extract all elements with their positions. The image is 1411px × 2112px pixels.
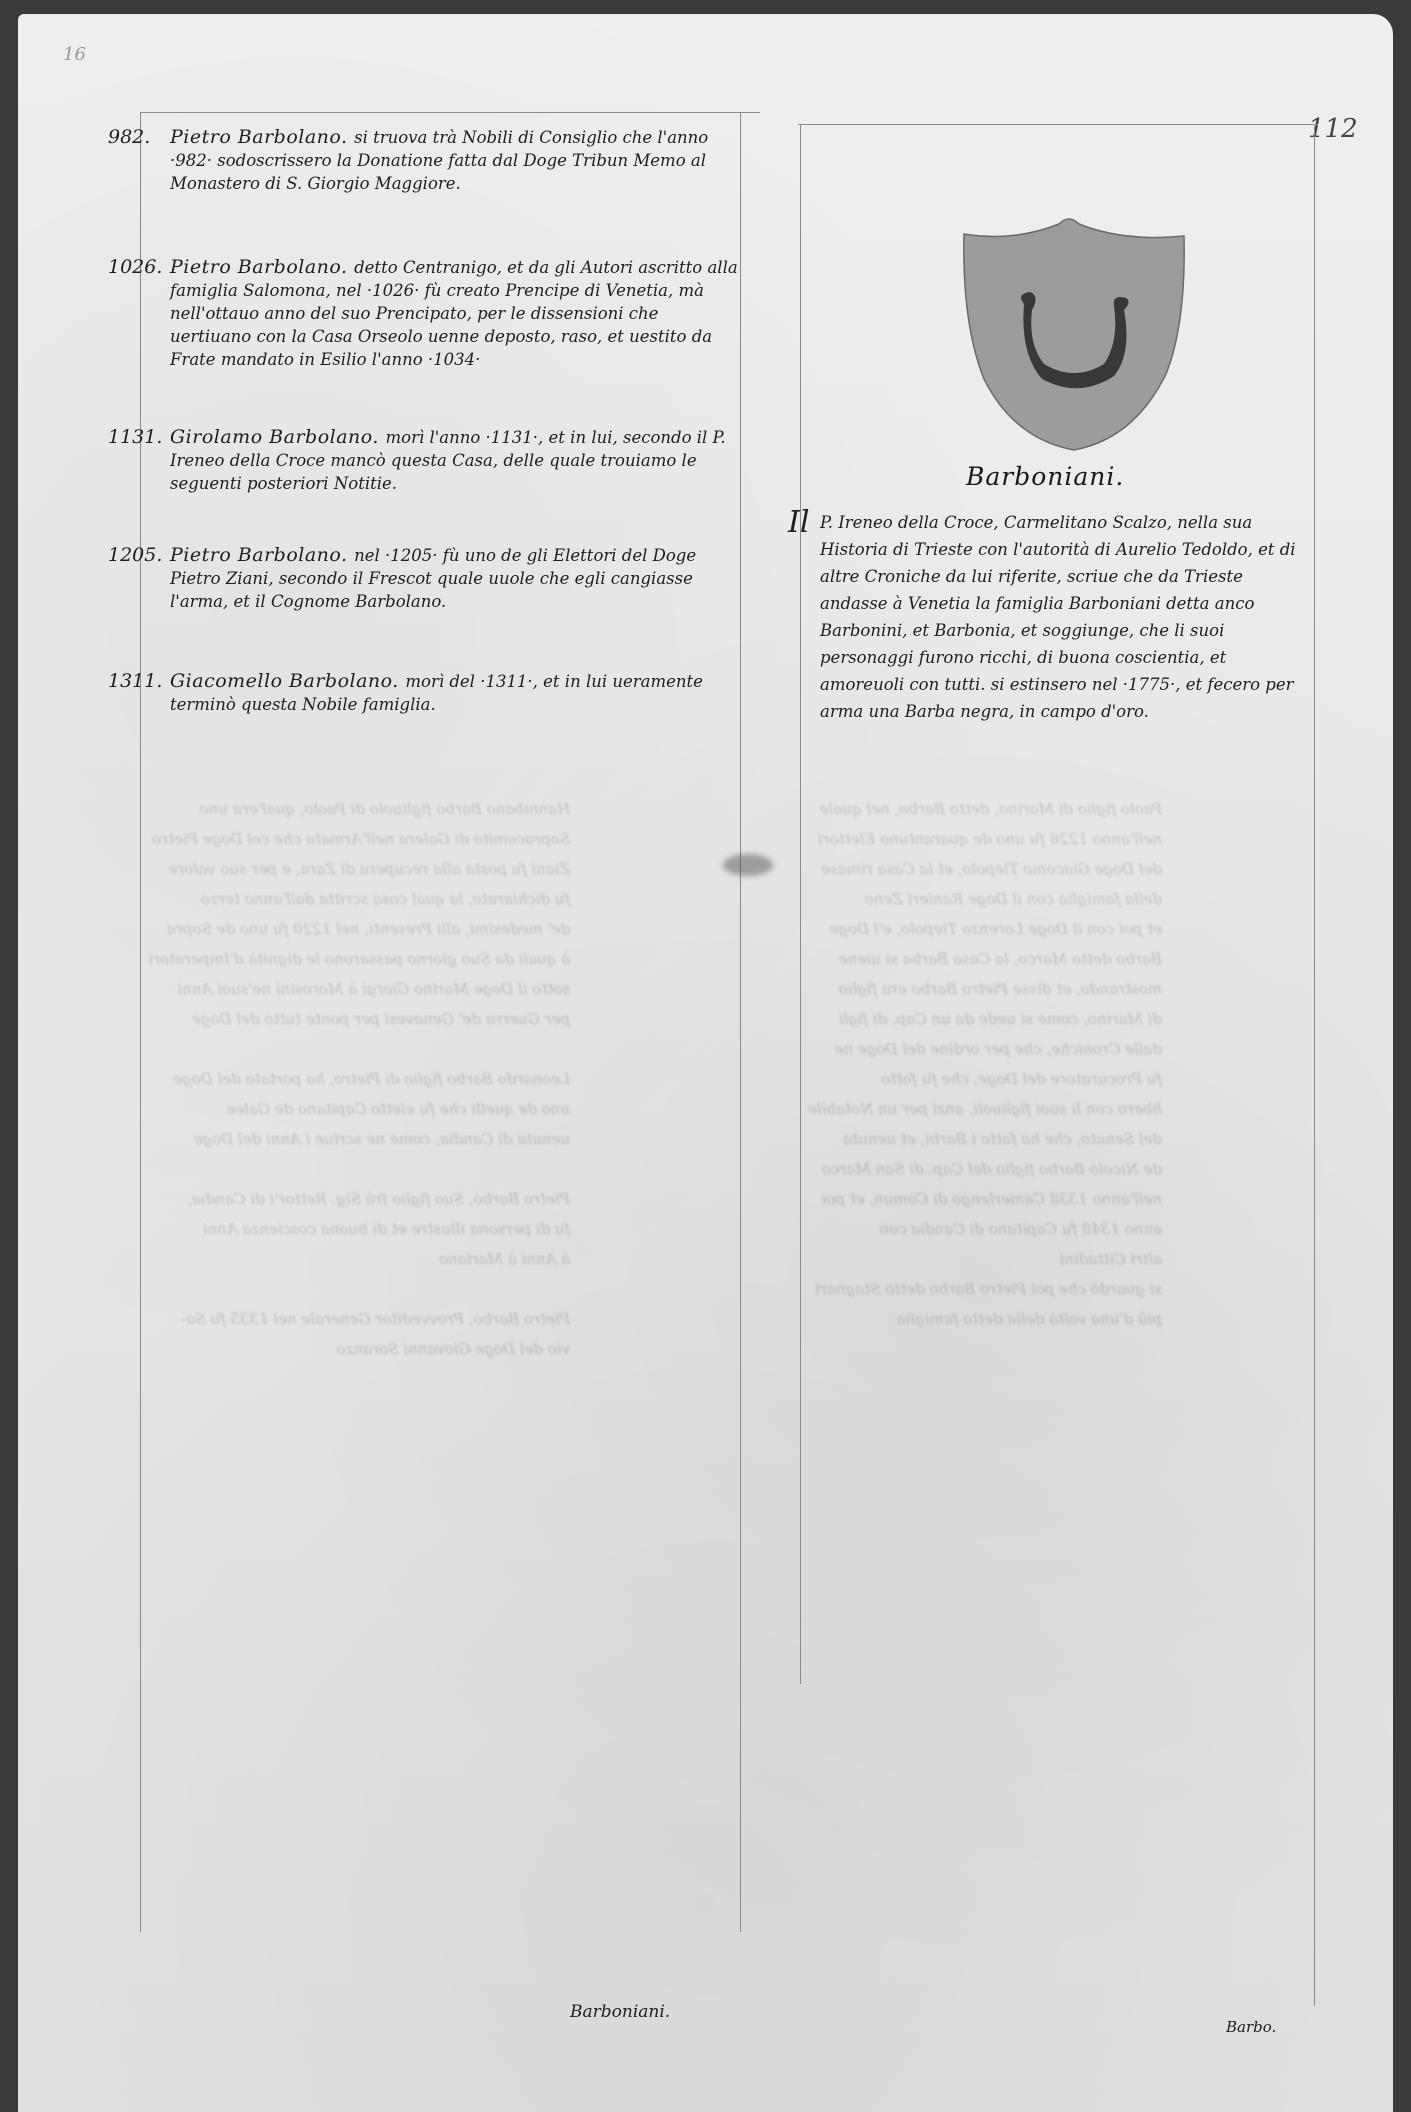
folio-number-left: 16 (63, 44, 86, 65)
genealogy-entry-1026: 1026. Pietro Barbolano. detto Centranigo… (170, 256, 740, 371)
entry-year: 1205. (108, 544, 162, 566)
family-title: Barboniani. (966, 462, 1124, 491)
genealogy-entry-1131: 1131. Girolamo Barbolano. morì l'anno ·1… (170, 426, 740, 495)
left-column-margin-rule (140, 112, 141, 1932)
entry-name: Pietro Barbolano. (170, 126, 354, 148)
family-description: Il P. Ireneo della Croce, Carmelitano Sc… (790, 509, 1310, 725)
right-column-margin-rule (800, 124, 801, 1684)
genealogy-entry-1205: 1205. Pietro Barbolano. nel ·1205· fù un… (170, 544, 740, 613)
entry-year: 1026. (108, 256, 162, 278)
catchword-right: Barbo. (1226, 2018, 1276, 2036)
family-description-text: P. Ireneo della Croce, Carmelitano Scalz… (790, 509, 1310, 725)
manuscript-page: 16 112 Hannibano Barbo figliuolo di Paol… (18, 14, 1393, 2112)
folio-number-right: 112 (1308, 114, 1358, 144)
entry-name: Pietro Barbolano. (170, 544, 354, 566)
right-column-right-rule (1314, 126, 1315, 2006)
coat-of-arms-shield-icon (954, 214, 1194, 454)
entry-name: Pietro Barbolano. (170, 256, 354, 278)
catchword-left: Barboniani. (570, 2002, 670, 2022)
bleed-through-text-left: Hannibano Barbo figliuolo di Paolo, qual… (148, 794, 570, 1364)
entry-name: Giacomello Barbolano. (170, 670, 405, 692)
genealogy-entry-1311: 1311. Giacomello Barbolano. morì del ·13… (170, 670, 740, 716)
genealogy-entry-982: 982. Pietro Barbolano. si truova trà Nob… (170, 126, 740, 195)
top-rule-right (798, 124, 1318, 125)
top-rule-left (140, 112, 760, 113)
drop-initial: Il (788, 505, 809, 540)
ink-smudge (723, 854, 773, 876)
bleed-through-text-right: Paolo figlio di Marino, detto Barbo, nel… (808, 794, 1162, 1334)
entry-year: 1311. (108, 670, 162, 692)
entry-name: Girolamo Barbolano. (170, 426, 385, 448)
entry-year: 982. (108, 126, 150, 148)
entry-year: 1131. (108, 426, 162, 448)
left-column-right-rule (740, 112, 741, 1932)
